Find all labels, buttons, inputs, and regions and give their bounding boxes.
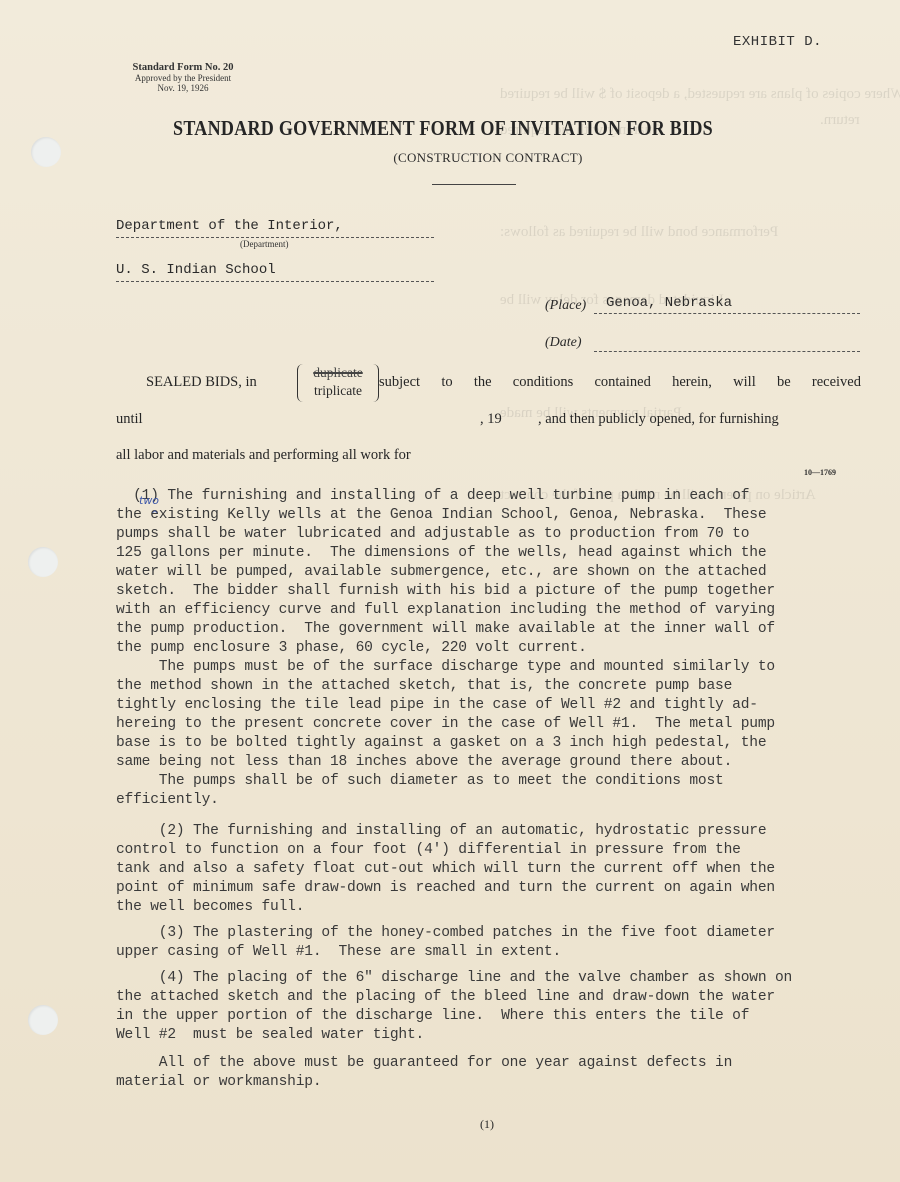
year-label: , 19 <box>480 411 502 428</box>
body-line: Well #2 must be sealed water tight. <box>116 1026 876 1045</box>
date-field[interactable] <box>594 332 860 352</box>
bleed-through-text: Performance bond will be required as fol… <box>500 224 778 241</box>
body-line: the well becomes full. <box>116 898 876 917</box>
body-line: in the upper portion of the discharge li… <box>116 1007 876 1026</box>
sealed-bids-conditions: subject to the conditions contained here… <box>379 374 861 391</box>
body-line: the method shown in the attached sketch,… <box>116 677 876 696</box>
body-line: upper casing of Well #1. These are small… <box>116 943 876 962</box>
body-line: The pumps shall be of such diameter as t… <box>116 772 876 791</box>
handwritten-insert: two <box>139 494 159 507</box>
copies-option-brace: duplicate triplicate <box>297 364 379 402</box>
body-line: the existing Kelly wells at the Genoa In… <box>116 506 876 525</box>
standard-form-notice: Standard Form No. 20 Approved by the Pre… <box>113 63 253 93</box>
place-label: (Place) <box>545 298 586 314</box>
insertion-caret-icon: ^ <box>151 510 159 520</box>
body-line: sketch. The bidder shall furnish with hi… <box>116 582 876 601</box>
body-line: 125 gallons per minute. The dimensions o… <box>116 544 876 563</box>
body-line: the attached sketch and the placing of t… <box>116 988 876 1007</box>
standard-form-number: Standard Form No. 20 <box>113 63 253 73</box>
department-caption: (Department) <box>240 239 288 249</box>
body-line: the pump enclosure 3 phase, 60 cycle, 22… <box>116 639 876 658</box>
body-line: All of the above must be guaranteed for … <box>116 1054 876 1073</box>
form-number: 10—1769 <box>804 468 836 477</box>
option-triplicate: triplicate <box>298 382 378 400</box>
body-line: material or workmanship. <box>116 1073 876 1092</box>
body-line: control to function on a four foot (4') … <box>116 841 876 860</box>
body-line: point of minimum safe draw-down is reach… <box>116 879 876 898</box>
body-line: hereing to the present concrete cover in… <box>116 715 876 734</box>
approval-date: Nov. 19, 1926 <box>113 83 253 93</box>
bleed-through-text: Where copies of plans are requested, a d… <box>500 86 900 103</box>
document-page: Where copies of plans are requested, a d… <box>0 0 900 1182</box>
body-line: water will be pumped, available submerge… <box>116 563 876 582</box>
body-line: same being not less than 18 inches above… <box>116 753 876 772</box>
sealed-bids-prefix: SEALED BIDS, in <box>146 374 257 391</box>
opened-text: , and then publicly opened, for furnishi… <box>538 411 779 428</box>
body-line: (2) The furnishing and installing of an … <box>116 822 876 841</box>
body-line: base is to be bolted tightly against a g… <box>116 734 876 753</box>
body-line: pumps shall be water lubricated and adju… <box>116 525 876 544</box>
body-line: with an efficiency curve and full explan… <box>116 601 876 620</box>
body-line: (3) The plastering of the honey-combed p… <box>116 924 876 943</box>
body-line: tightly enclosing the tile lead pipe in … <box>116 696 876 715</box>
school-field[interactable]: U. S. Indian School <box>116 262 434 282</box>
body-line: efficiently. <box>116 791 876 810</box>
punch-hole <box>28 1005 58 1035</box>
all-labor-text: all labor and materials and performing a… <box>116 447 411 464</box>
page-subtitle: (CONSTRUCTION CONTRACT) <box>0 150 900 166</box>
body-line: (1) The furnishing and installing of a d… <box>116 487 876 506</box>
exhibit-label: EXHIBIT D. <box>733 34 822 50</box>
place-field[interactable]: Genoa, Nebraska <box>594 295 860 314</box>
title-divider <box>432 184 516 185</box>
body-line: tank and also a safety float cut-out whi… <box>116 860 876 879</box>
page-number: (1) <box>480 1117 494 1132</box>
body-line: the pump production. The government will… <box>116 620 876 639</box>
option-duplicate-struck: duplicate <box>298 364 378 382</box>
page-title: STANDARD GOVERNMENT FORM OF INVITATION F… <box>13 116 873 141</box>
body-line: (4) The placing of the 6" discharge line… <box>116 969 876 988</box>
department-field[interactable]: Department of the Interior, <box>116 218 434 238</box>
punch-hole <box>28 547 58 577</box>
approval-line: Approved by the President <box>113 73 253 83</box>
date-label: (Date) <box>545 335 582 351</box>
until-label: until <box>116 411 143 428</box>
body-line: The pumps must be of the surface dischar… <box>116 658 876 677</box>
